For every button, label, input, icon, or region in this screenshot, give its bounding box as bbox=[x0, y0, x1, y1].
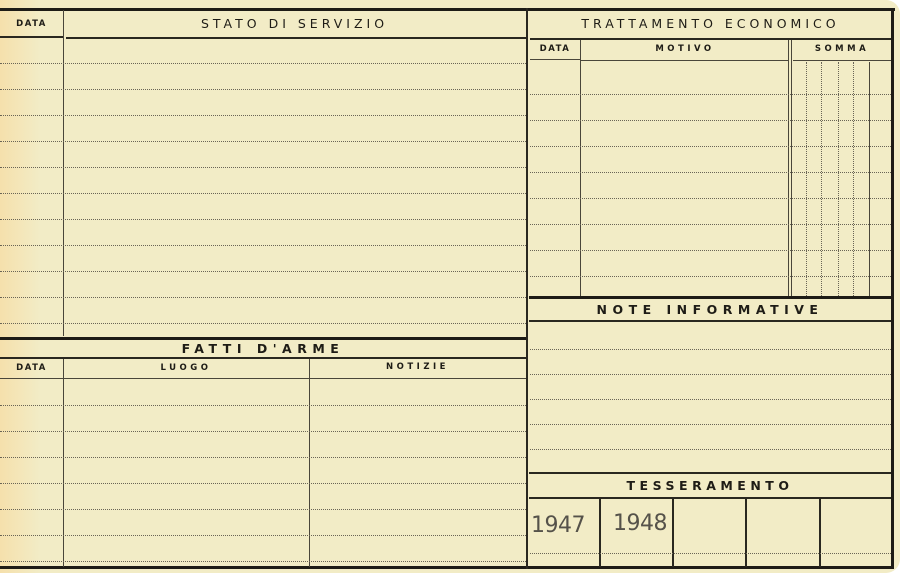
fatti-subheader-rule bbox=[0, 378, 526, 379]
top-border bbox=[0, 8, 895, 11]
ruled-line bbox=[0, 141, 526, 142]
note-top-rule bbox=[529, 296, 892, 299]
trattamento-data-header: DATA bbox=[530, 44, 580, 54]
ruled-line bbox=[0, 193, 526, 194]
ruled-line bbox=[530, 172, 891, 173]
ruled-line bbox=[530, 399, 891, 400]
ruled-line bbox=[0, 167, 526, 168]
note-informative-title: NOTE INFORMATIVE bbox=[529, 302, 891, 317]
ruled-line bbox=[0, 431, 526, 432]
bottom-border bbox=[0, 566, 893, 569]
ruled-line bbox=[0, 245, 526, 246]
fatti-top-rule bbox=[0, 337, 526, 340]
ruled-line bbox=[0, 115, 526, 116]
stato-data-header: DATA bbox=[0, 19, 63, 29]
ruled-line bbox=[530, 349, 891, 350]
trattamento-title-rule bbox=[530, 38, 891, 40]
tesseramento-cell-divider bbox=[819, 498, 821, 567]
stato-data-divider bbox=[63, 10, 64, 336]
trattamento-subheader-rule bbox=[530, 59, 580, 60]
tesseramento-title-rule bbox=[529, 497, 891, 499]
ruled-line bbox=[0, 297, 526, 298]
ruled-line bbox=[530, 374, 891, 375]
tesseramento-ruled-line bbox=[530, 553, 891, 554]
note-title-rule bbox=[529, 320, 891, 322]
trattamento-motivo-divider bbox=[788, 40, 789, 296]
ruled-line bbox=[0, 323, 526, 324]
fatti-luogo-header: LUOGO bbox=[63, 363, 309, 373]
fatti-notizie-header: NOTIZIE bbox=[309, 362, 526, 372]
ruled-line bbox=[0, 219, 526, 220]
ruled-line bbox=[530, 449, 891, 450]
fatti-data-header: DATA bbox=[0, 363, 63, 373]
ruled-line bbox=[0, 561, 526, 562]
somma-digit-line bbox=[806, 62, 807, 296]
trattamento-subheader-rule bbox=[793, 60, 891, 61]
ruled-line bbox=[0, 457, 526, 458]
ruled-line bbox=[530, 250, 891, 251]
center-divider bbox=[526, 8, 528, 569]
tesseramento-cell-divider bbox=[599, 498, 601, 567]
somma-digit-line bbox=[821, 62, 822, 296]
tesseramento-year-stamp: 1948 bbox=[613, 511, 667, 536]
ruled-line bbox=[530, 198, 891, 199]
ruled-line bbox=[530, 424, 891, 425]
ruled-line bbox=[0, 271, 526, 272]
ruled-line bbox=[530, 94, 891, 95]
trattamento-motivo-header: MOTIVO bbox=[580, 44, 790, 54]
ruled-line bbox=[530, 224, 891, 225]
tesseramento-year-stamp: 1947 bbox=[531, 513, 585, 538]
tesseramento-cell-divider bbox=[672, 498, 674, 567]
ruled-line bbox=[530, 276, 891, 277]
trattamento-data-divider bbox=[580, 40, 581, 296]
ruled-line bbox=[0, 405, 526, 406]
ruled-line bbox=[530, 120, 891, 121]
stato-di-servizio-title: STATO DI SERVIZIO bbox=[63, 16, 526, 31]
trattamento-motivo-divider bbox=[791, 40, 792, 296]
ruled-line bbox=[530, 146, 891, 147]
tesseramento-cell-divider bbox=[745, 498, 747, 567]
service-record-card: DATA STATO DI SERVIZIO FATTI D'ARME DATA… bbox=[0, 0, 900, 573]
fatti-title-rule bbox=[0, 357, 526, 359]
tesseramento-title: TESSERAMENTO bbox=[529, 478, 891, 493]
somma-decimal-divider bbox=[869, 62, 870, 296]
somma-digit-line bbox=[853, 62, 854, 296]
trattamento-subheader-rule bbox=[581, 60, 788, 61]
trattamento-somma-header: SOMMA bbox=[792, 44, 892, 54]
stato-header-rule bbox=[0, 36, 63, 38]
ruled-line bbox=[0, 483, 526, 484]
ruled-line bbox=[0, 509, 526, 510]
stato-header-rule bbox=[66, 37, 526, 39]
ruled-line bbox=[0, 89, 526, 90]
somma-digit-line bbox=[838, 62, 839, 296]
tesseramento-top-rule bbox=[529, 472, 891, 474]
right-border bbox=[891, 8, 894, 569]
trattamento-economico-title: TRATTAMENTO ECONOMICO bbox=[530, 16, 891, 31]
fatti-d-arme-title: FATTI D'ARME bbox=[0, 341, 526, 356]
ruled-line bbox=[0, 63, 526, 64]
ruled-line bbox=[0, 535, 526, 536]
